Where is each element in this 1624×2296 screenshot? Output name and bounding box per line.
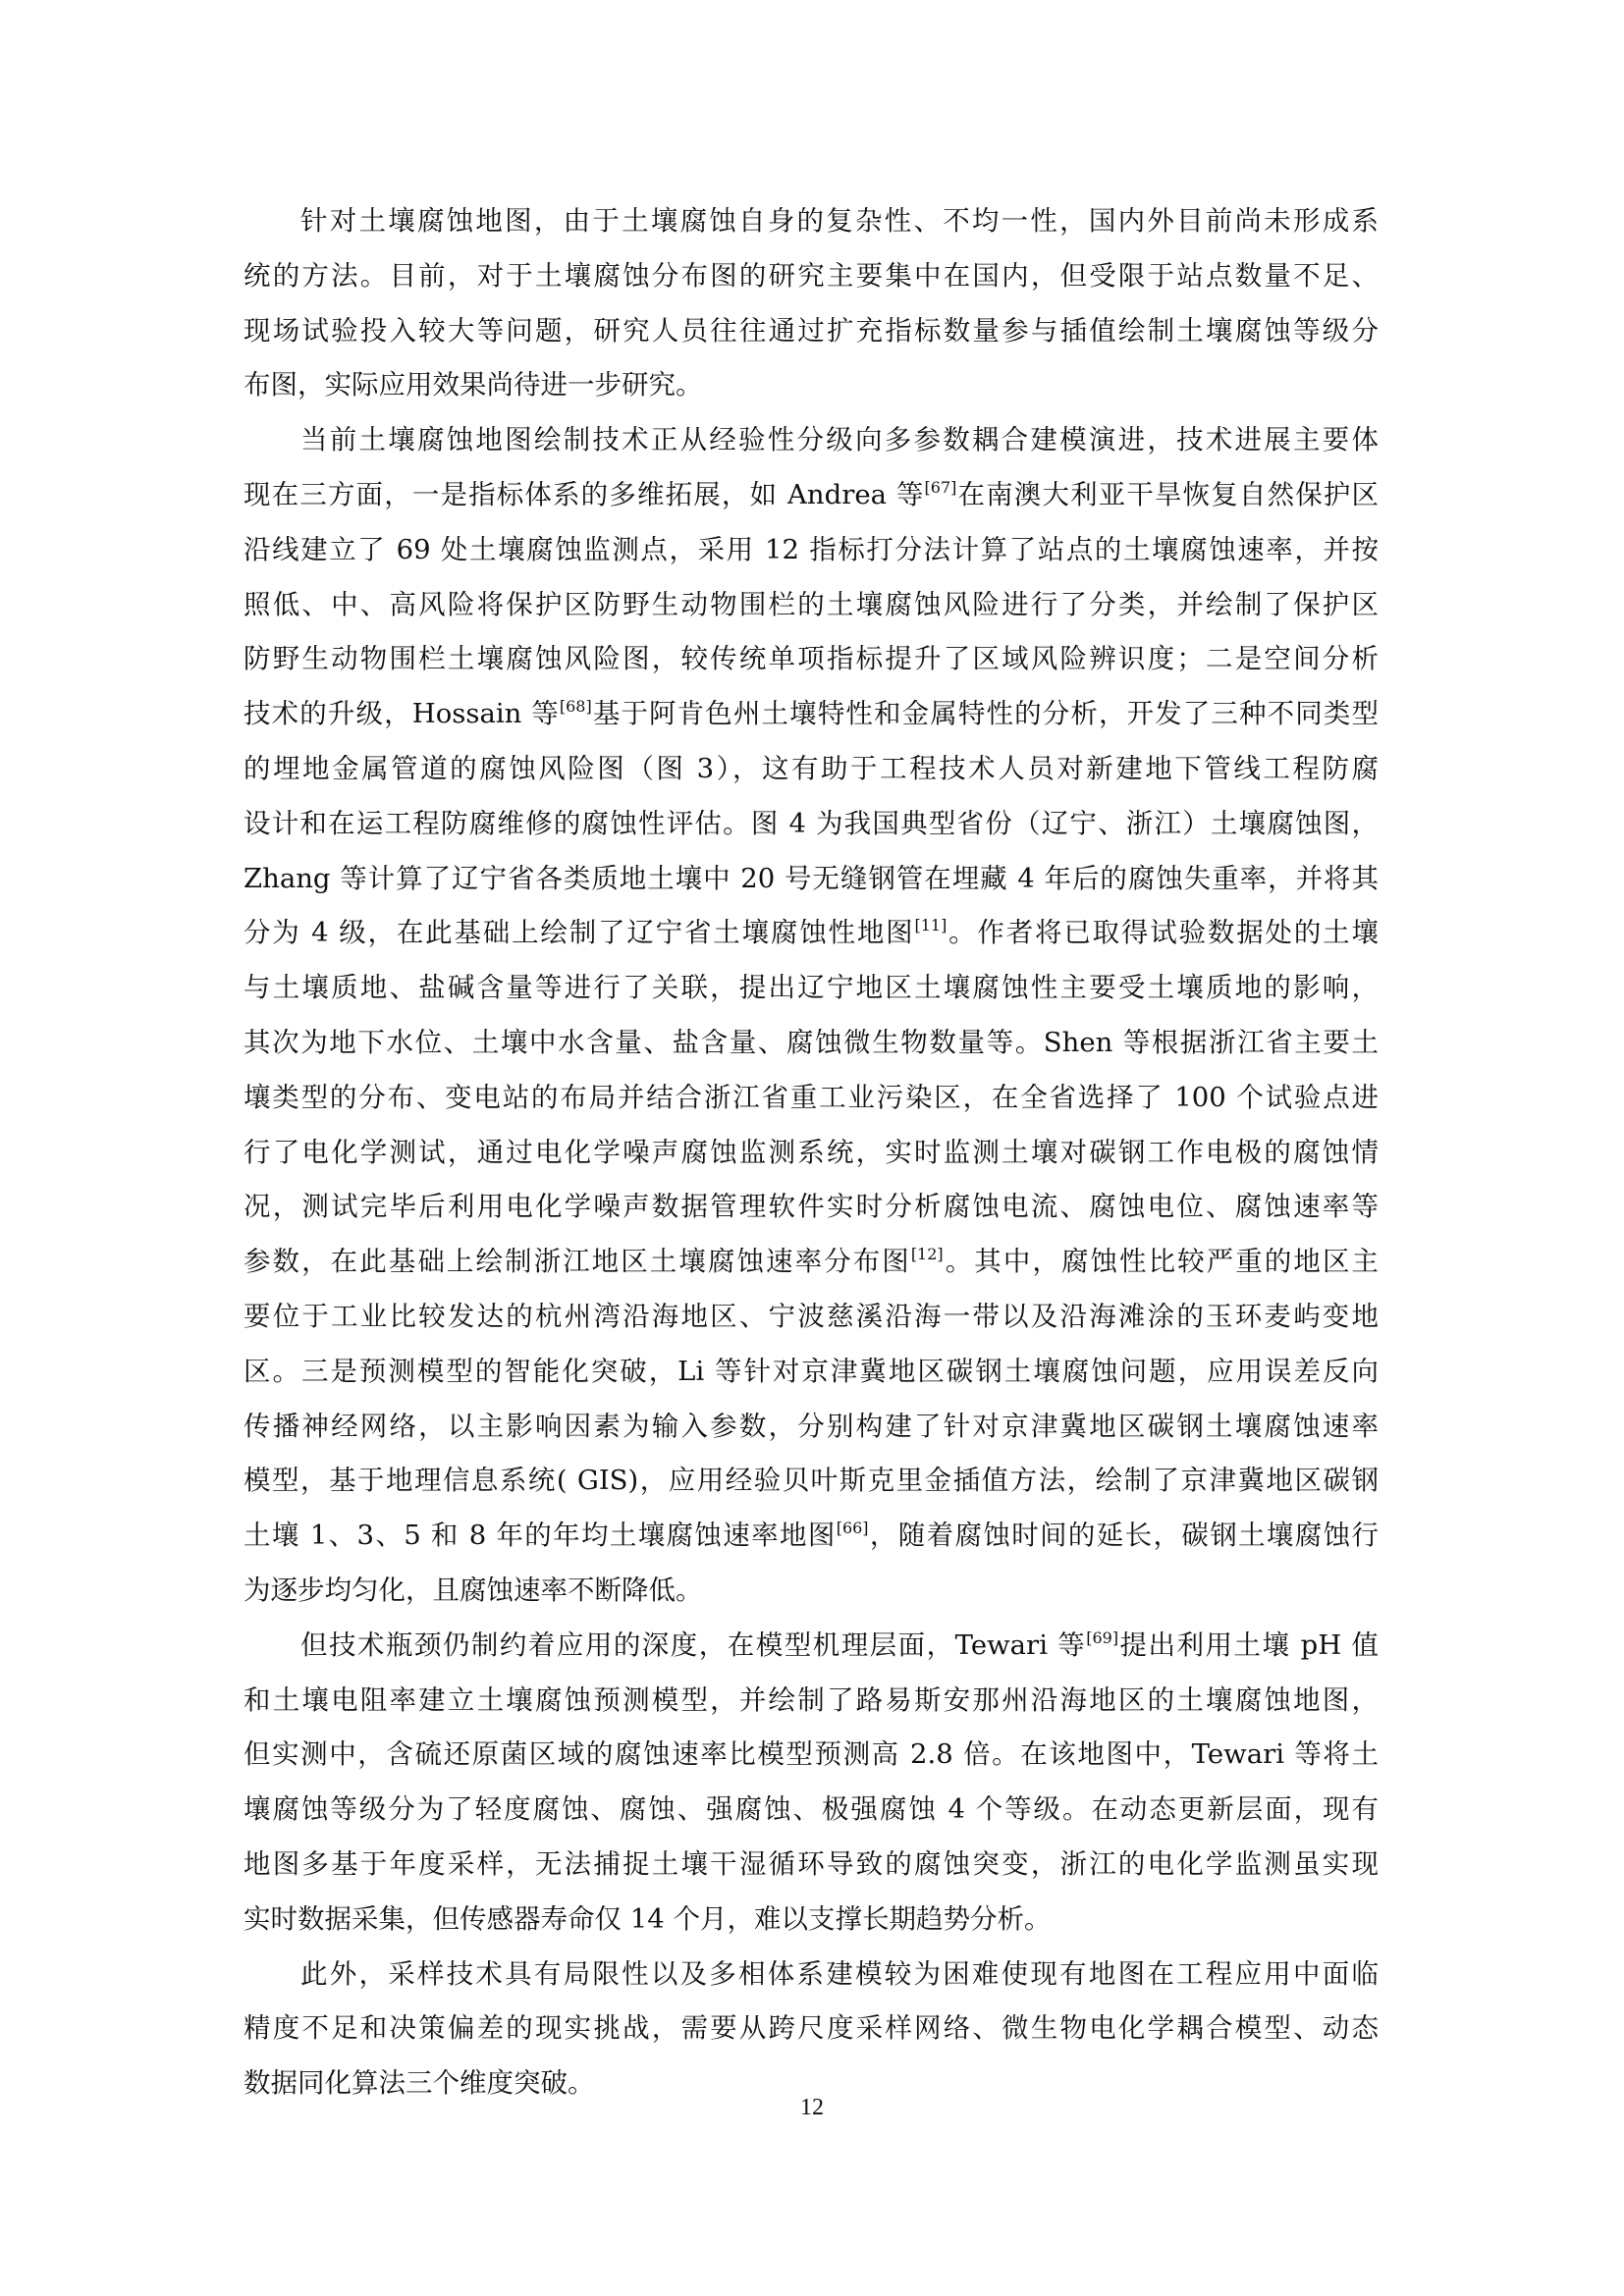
text-segment: 当前土壤腐蚀地图绘制技术正从经验性分级向多参数耦合建模演进，技术进展主要体 [300,424,1379,455]
citation-superscript: [69] [1086,1629,1118,1647]
text-segment: 行了电化学测试，通过电化学噪声腐蚀监测系统，实时监测土壤对碳钢工作电极的腐蚀情 [244,1137,1379,1168]
text-line: 参数，在此基础上绘制浙江地区土壤腐蚀速率分布图[12]。其中，腐蚀性比较严重的地… [244,1235,1379,1290]
text-line: 其次为地下水位、土壤中水含量、盐含量、腐蚀微生物数量等。Shen 等根据浙江省主… [244,1016,1379,1071]
text-segment: 地图多基于年度采样，无法捕捉土壤干湿循环导致的腐蚀突变，浙江的电化学监测虽实现 [244,1848,1379,1880]
text-segment: 布图，实际应用效果尚待进一步研究。 [244,369,703,400]
text-line: 为逐步均匀化，且腐蚀速率不断降低。 [244,1564,1379,1619]
text-segment: 为逐步均匀化，且腐蚀速率不断降低。 [244,1575,703,1606]
text-line: 沿线建立了 69 处土壤腐蚀监测点，采用 12 指标打分法计算了站点的土壤腐蚀速… [244,523,1379,578]
text-segment: 模型，基于地理信息系统( GIS)，应用经验贝叶斯克里金插值方法，绘制了京津冀地… [244,1465,1379,1496]
page-number: 12 [0,2095,1624,2121]
text-segment: 现在三方面，一是指标体系的多维拓展，如 Andrea 等 [244,479,925,510]
text-segment: 此外，采样技术具有局限性以及多相体系建模较为困难使现有地图在工程应用中面临 [300,1958,1379,1990]
text-segment: 提出利用土壤 pH 值 [1118,1629,1379,1661]
text-line: 实时数据采集，但传感器寿命仅 14 个月，难以支撑长期趋势分析。 [244,1893,1379,1948]
text-line: 分为 4 级，在此基础上绘制了辽宁省土壤腐蚀性地图[11]。作者将已取得试验数据… [244,906,1379,961]
text-segment: 其次为地下水位、土壤中水含量、盐含量、腐蚀微生物数量等。Shen 等根据浙江省主… [244,1027,1379,1058]
text-segment: 壤类型的分布、变电站的布局并结合浙江省重工业污染区，在全省选择了 100 个试验… [244,1082,1379,1113]
paragraph: 当前土壤腐蚀地图绘制技术正从经验性分级向多参数耦合建模演进，技术进展主要体现在三… [244,413,1379,1619]
text-line: 壤类型的分布、变电站的布局并结合浙江省重工业污染区，在全省选择了 100 个试验… [244,1071,1379,1126]
text-segment: 参数，在此基础上绘制浙江地区土壤腐蚀速率分布图 [244,1246,911,1277]
text-line: 的埋地金属管道的腐蚀风险图（图 3），这有助于工程技术人员对新建地下管线工程防腐 [244,742,1379,797]
text-segment: 技术的升级，Hossain 等 [244,698,560,729]
text-segment: 但实测中，含硫还原菌区域的腐蚀速率比模型预测高 2.8 倍。在该地图中，Tewa… [244,1738,1379,1770]
text-line: 与土壤质地、盐碱含量等进行了关联，提出辽宁地区土壤腐蚀性主要受土壤质地的影响， [244,961,1379,1016]
text-segment: 传播神经网络，以主影响因素为输入参数，分别构建了针对京津冀地区碳钢土壤腐蚀速率 [244,1411,1379,1442]
text-segment: 。其中，腐蚀性比较严重的地区主 [944,1246,1379,1277]
text-line: 和土壤电阻率建立土壤腐蚀预测模型，并绘制了路易斯安那州沿海地区的土壤腐蚀地图， [244,1674,1379,1729]
text-segment: 的埋地金属管道的腐蚀风险图（图 3），这有助于工程技术人员对新建地下管线工程防腐 [244,753,1379,784]
paragraph: 针对土壤腐蚀地图，由于土壤腐蚀自身的复杂性、不均一性，国内外目前尚未形成系统的方… [244,194,1379,413]
text-segment: 在南澳大利亚干旱恢复自然保护区 [956,479,1379,510]
text-line: 行了电化学测试，通过电化学噪声腐蚀监测系统，实时监测土壤对碳钢工作电极的腐蚀情 [244,1126,1379,1181]
text-line: 模型，基于地理信息系统( GIS)，应用经验贝叶斯克里金插值方法，绘制了京津冀地… [244,1454,1379,1509]
text-line: 要位于工业比较发达的杭州湾沿海地区、宁波慈溪沿海一带以及沿海滩涂的玉环麦屿变地 [244,1290,1379,1345]
citation-superscript: [12] [911,1245,944,1263]
text-line: 当前土壤腐蚀地图绘制技术正从经验性分级向多参数耦合建模演进，技术进展主要体 [244,413,1379,468]
text-segment: 现场试验投入较大等问题，研究人员往往通过扩充指标数量参与插值绘制土壤腐蚀等级分 [244,315,1379,347]
text-segment: 。作者将已取得试验数据处的土壤 [947,917,1379,948]
text-line: 现在三方面，一是指标体系的多维拓展，如 Andrea 等[67]在南澳大利亚干旱… [244,468,1379,523]
text-segment: 照低、中、高风险将保护区防野生动物围栏的土壤腐蚀风险进行了分类，并绘制了保护区 [244,589,1379,620]
text-segment: 精度不足和决策偏差的现实挑战，需要从跨尺度采样网络、微生物电化学耦合模型、动态 [244,2012,1379,2044]
text-segment: 要位于工业比较发达的杭州湾沿海地区、宁波慈溪沿海一带以及沿海滩涂的玉环麦屿变地 [244,1301,1379,1332]
text-segment: 统的方法。目前，对于土壤腐蚀分布图的研究主要集中在国内，但受限于站点数量不足、 [244,260,1379,292]
text-line: 精度不足和决策偏差的现实挑战，需要从跨尺度采样网络、微生物电化学耦合模型、动态 [244,2002,1379,2056]
text-segment: 区。三是预测模型的智能化突破，Li 等针对京津冀地区碳钢土壤腐蚀问题，应用误差反… [244,1356,1379,1387]
document-page: 针对土壤腐蚀地图，由于土壤腐蚀自身的复杂性、不均一性，国内外目前尚未形成系统的方… [0,0,1624,2296]
text-segment: 壤腐蚀等级分为了轻度腐蚀、腐蚀、强腐蚀、极强腐蚀 4 个等级。在动态更新层面，现… [244,1793,1379,1825]
text-segment: 设计和在运工程防腐维修的腐蚀性评估。图 4 为我国典型省份（辽宁、浙江）土壤腐蚀… [244,808,1379,839]
text-line: 现场试验投入较大等问题，研究人员往往通过扩充指标数量参与插值绘制土壤腐蚀等级分 [244,304,1379,359]
text-segment: 分为 4 级，在此基础上绘制了辽宁省土壤腐蚀性地图 [244,917,914,948]
text-segment: Zhang 等计算了辽宁省各类质地土壤中 20 号无缝钢管在埋藏 4 年后的腐蚀… [244,863,1379,894]
text-line: 设计和在运工程防腐维修的腐蚀性评估。图 4 为我国典型省份（辽宁、浙江）土壤腐蚀… [244,797,1379,852]
text-line: 技术的升级，Hossain 等[68]基于阿肯色州土壤特性和金属特性的分析，开发… [244,687,1379,742]
text-segment: 况，测试完毕后利用电化学噪声数据管理软件实时分析腐蚀电流、腐蚀电位、腐蚀速率等 [244,1191,1379,1222]
text-line: 照低、中、高风险将保护区防野生动物围栏的土壤腐蚀风险进行了分类，并绘制了保护区 [244,578,1379,633]
text-line: 布图，实际应用效果尚待进一步研究。 [244,358,1379,413]
paragraph: 此外，采样技术具有局限性以及多相体系建模较为困难使现有地图在工程应用中面临精度不… [244,1948,1379,2111]
text-line: 区。三是预测模型的智能化突破，Li 等针对京津冀地区碳钢土壤腐蚀问题，应用误差反… [244,1345,1379,1400]
text-line: 针对土壤腐蚀地图，由于土壤腐蚀自身的复杂性、不均一性，国内外目前尚未形成系 [244,194,1379,249]
citation-superscript: [68] [560,697,592,716]
text-segment: 沿线建立了 69 处土壤腐蚀监测点，采用 12 指标打分法计算了站点的土壤腐蚀速… [244,534,1379,565]
text-segment: 防野生动物围栏土壤腐蚀风险图，较传统单项指标提升了区域风险辨识度；二是空间分析 [244,643,1379,674]
text-line: Zhang 等计算了辽宁省各类质地土壤中 20 号无缝钢管在埋藏 4 年后的腐蚀… [244,852,1379,907]
text-line: 传播神经网络，以主影响因素为输入参数，分别构建了针对京津冀地区碳钢土壤腐蚀速率 [244,1400,1379,1455]
paragraph: 但技术瓶颈仍制约着应用的深度，在模型机理层面，Tewari 等[69]提出利用土… [244,1619,1379,1948]
text-segment: 但技术瓶颈仍制约着应用的深度，在模型机理层面，Tewari 等 [300,1629,1086,1661]
text-line: 壤腐蚀等级分为了轻度腐蚀、腐蚀、强腐蚀、极强腐蚀 4 个等级。在动态更新层面，现… [244,1783,1379,1838]
text-segment: 实时数据采集，但传感器寿命仅 14 个月，难以支撑长期趋势分析。 [244,1903,1051,1935]
text-line: 但技术瓶颈仍制约着应用的深度，在模型机理层面，Tewari 等[69]提出利用土… [244,1619,1379,1674]
text-line: 统的方法。目前，对于土壤腐蚀分布图的研究主要集中在国内，但受限于站点数量不足、 [244,249,1379,304]
body-text: 针对土壤腐蚀地图，由于土壤腐蚀自身的复杂性、不均一性，国内外目前尚未形成系统的方… [244,194,1379,2111]
text-segment: 土壤 1、3、5 和 8 年的年均土壤腐蚀速率地图 [244,1520,837,1551]
text-line: 防野生动物围栏土壤腐蚀风险图，较传统单项指标提升了区域风险辨识度；二是空间分析 [244,632,1379,687]
citation-superscript: [67] [925,478,957,497]
text-line: 土壤 1、3、5 和 8 年的年均土壤腐蚀速率地图[66]，随着腐蚀时间的延长，… [244,1509,1379,1564]
text-line: 况，测试完毕后利用电化学噪声数据管理软件实时分析腐蚀电流、腐蚀电位、腐蚀速率等 [244,1180,1379,1235]
text-segment: 基于阿肯色州土壤特性和金属特性的分析，开发了三种不同类型 [592,698,1379,729]
citation-superscript: [66] [837,1519,869,1537]
citation-superscript: [11] [914,916,947,934]
text-segment: 和土壤电阻率建立土壤腐蚀预测模型，并绘制了路易斯安那州沿海地区的土壤腐蚀地图， [244,1684,1379,1716]
text-line: 但实测中，含硫还原菌区域的腐蚀速率比模型预测高 2.8 倍。在该地图中，Tewa… [244,1728,1379,1783]
text-segment: 针对土壤腐蚀地图，由于土壤腐蚀自身的复杂性、不均一性，国内外目前尚未形成系 [300,205,1379,237]
text-line: 地图多基于年度采样，无法捕捉土壤干湿循环导致的腐蚀突变，浙江的电化学监测虽实现 [244,1838,1379,1893]
text-line: 此外，采样技术具有局限性以及多相体系建模较为困难使现有地图在工程应用中面临 [244,1948,1379,2002]
text-segment: ，随着腐蚀时间的延长，碳钢土壤腐蚀行 [869,1520,1379,1551]
text-segment: 与土壤质地、盐碱含量等进行了关联，提出辽宁地区土壤腐蚀性主要受土壤质地的影响， [244,972,1379,1003]
